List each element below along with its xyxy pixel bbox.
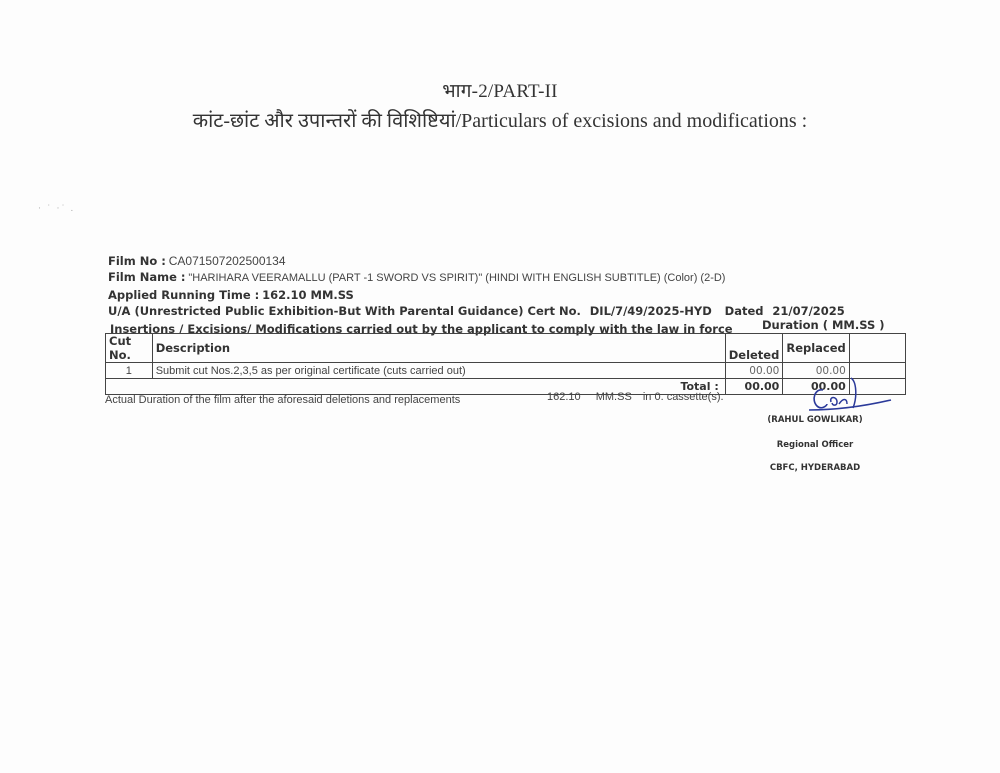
table-header-row: Cut No. Description Deleted Replaced <box>106 334 906 363</box>
table-row: 1 Submit cut Nos.2,3,5 as per original c… <box>106 363 906 379</box>
film-no-line: Film No : CA071507202500134 <box>108 254 286 268</box>
film-no-value: CA071507202500134 <box>169 254 286 268</box>
actual-duration-value-line: 162.10 MM.SS in 0. cassette(s). <box>547 391 724 403</box>
film-name-label: Film Name : <box>108 270 186 284</box>
film-no-label: Film No : <box>108 254 166 268</box>
dated-label: Dated <box>725 304 764 318</box>
signatory-office: CBFC, HYDERABAD <box>755 463 875 473</box>
table-total-row: Total : 00.00 00.00 <box>106 379 906 395</box>
dated-value: 21/07/2025 <box>772 304 844 318</box>
cell-description: Submit cut Nos.2,3,5 as per original cer… <box>152 363 725 379</box>
signature-icon <box>805 376 895 416</box>
cuts-table: Cut No. Description Deleted Replaced 1 S… <box>105 333 906 395</box>
part-title: भाग-2/PART-II <box>0 77 1000 103</box>
col-deleted: Deleted <box>725 334 783 363</box>
actual-duration-unit: MM.SS <box>596 391 632 403</box>
cell-deleted: 00.00 <box>725 363 783 379</box>
running-time-line: Applied Running Time : 162.10 MM.SS <box>108 288 354 302</box>
col-replaced: Replaced <box>783 334 849 363</box>
signatory-name: (RAHUL GOWLIKAR) <box>755 415 875 425</box>
running-time-label: Applied Running Time : <box>108 288 259 302</box>
col-cut-no: Cut No. <box>106 334 153 363</box>
total-deleted: 00.00 <box>725 379 783 395</box>
section-subtitle: कांट-छांट और उपान्तरों की विशिष्टियां/Pa… <box>0 106 1000 133</box>
running-time-value: 162.10 MM.SS <box>262 288 354 302</box>
actual-duration-label: Actual Duration of the film after the af… <box>105 394 460 406</box>
scan-noise: · ˙ ·˙ . <box>38 203 93 221</box>
film-name-value: "HARIHARA VEERAMALLU (PART -1 SWORD VS S… <box>188 272 725 284</box>
col-description: Description <box>152 334 725 363</box>
certificate-page: भाग-2/PART-II कांट-छांट और उपान्तरों की … <box>0 0 1000 773</box>
cert-text: U/A (Unrestricted Public Exhibition-But … <box>108 304 581 318</box>
col-empty <box>849 334 905 363</box>
cell-cut-no: 1 <box>106 363 153 379</box>
actual-duration-value: 162.10 <box>547 391 581 403</box>
cassettes-text: in 0. cassette(s). <box>643 391 724 403</box>
cert-no: DIL/7/49/2025-HYD <box>590 304 712 318</box>
signatory-designation: Regional Officer <box>755 440 875 450</box>
certificate-line: U/A (Unrestricted Public Exhibition-But … <box>108 304 845 318</box>
film-name-line: Film Name : "HARIHARA VEERAMALLU (PART -… <box>108 270 725 284</box>
duration-label: Duration ( MM.SS ) <box>762 318 885 332</box>
